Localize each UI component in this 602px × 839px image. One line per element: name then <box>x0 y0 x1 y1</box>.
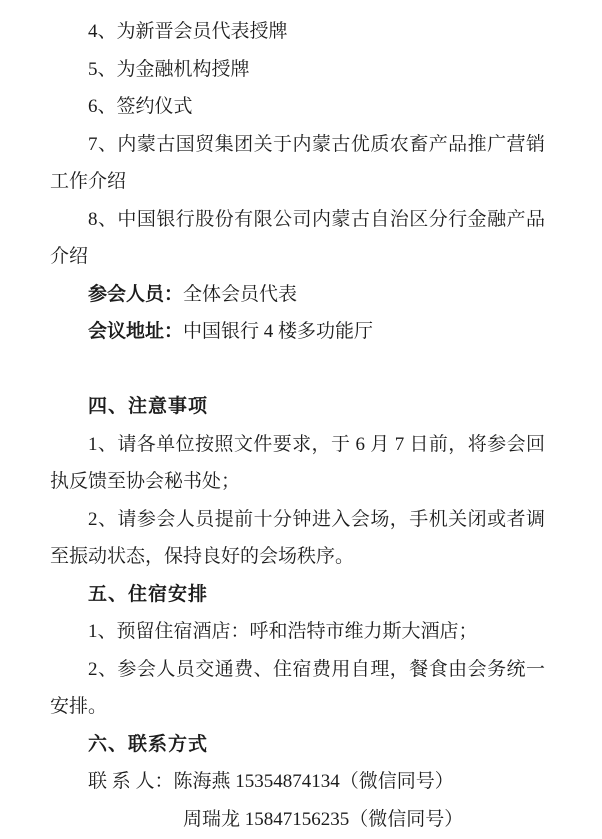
agenda-item-8-line-1: 8、中国银行股份有限公司内蒙古自治区分行金融产品 <box>50 201 545 239</box>
agenda-item-8-line-2: 介绍 <box>50 238 545 276</box>
participants-line: 参会人员：全体会员代表 <box>50 276 545 314</box>
blank-line <box>50 351 545 389</box>
agenda-item-5: 5、为金融机构授牌 <box>50 51 545 89</box>
agenda-item-6: 6、签约仪式 <box>50 88 545 126</box>
note-2-line-1: 2、请参会人员提前十分钟进入会场，手机关闭或者调 <box>50 501 545 539</box>
fees-line-1: 2、参会人员交通费、住宿费用自理，餐食由会务统一 <box>50 651 545 689</box>
contact-line-2: 周瑞龙 15847156235（微信同号） <box>50 801 545 839</box>
contact-person-label: 联 系 人： <box>88 771 174 792</box>
contact-line-1: 联 系 人：陈海燕 15354874134（微信同号） <box>50 763 545 801</box>
notes-heading: 四、注意事项 <box>50 388 545 426</box>
fees-line-2: 安排。 <box>50 688 545 726</box>
agenda-item-7-line-1: 7、内蒙古国贸集团关于内蒙古优质农畜产品推广营销 <box>50 126 545 164</box>
note-1-line-2: 执反馈至协会秘书处； <box>50 463 545 501</box>
note-2-line-2: 至振动状态，保持良好的会场秩序。 <box>50 538 545 576</box>
contact-heading: 六、联系方式 <box>50 726 545 764</box>
participants-label: 参会人员： <box>88 284 183 305</box>
address-label: 会议地址： <box>88 321 183 342</box>
accommodation-heading: 五、住宿安排 <box>50 576 545 614</box>
contact-person-1: 陈海燕 15354874134（微信同号） <box>174 771 454 792</box>
agenda-item-4: 4、为新晋会员代表授牌 <box>50 13 545 51</box>
participants-value: 全体会员代表 <box>183 284 297 305</box>
note-1-line-1: 1、请各单位按照文件要求，于 6 月 7 日前，将参会回 <box>50 426 545 464</box>
address-line: 会议地址：中国银行 4 楼多功能厅 <box>50 313 545 351</box>
agenda-item-7-line-2: 工作介绍 <box>50 163 545 201</box>
address-value: 中国银行 4 楼多功能厅 <box>183 321 373 342</box>
document-page: 4、为新晋会员代表授牌 5、为金融机构授牌 6、签约仪式 7、内蒙古国贸集团关于… <box>0 0 602 839</box>
hotel-line: 1、预留住宿酒店：呼和浩特市维力斯大酒店； <box>50 613 545 651</box>
